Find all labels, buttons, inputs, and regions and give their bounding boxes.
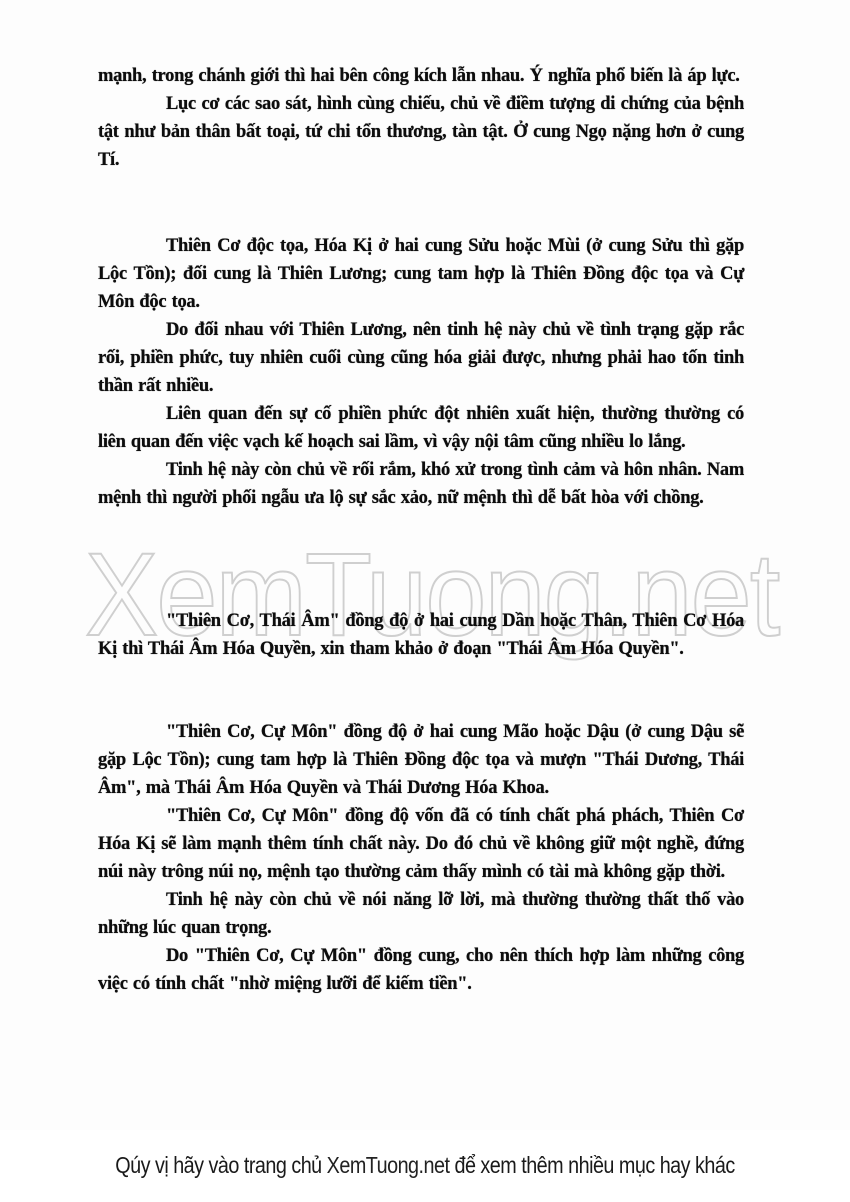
- paragraph: "Thiên Cơ, Cự Môn" đồng độ ở hai cung Mã…: [98, 718, 744, 802]
- footer-prefix: Qúy vị hãy vào trang chủ: [115, 1152, 326, 1178]
- paragraph: Tinh hệ này còn chủ về nói năng lỡ lời, …: [98, 886, 744, 942]
- paragraph: Do "Thiên Cơ, Cự Môn" đồng cung, cho nên…: [98, 942, 744, 998]
- paragraph: Do đối nhau với Thiên Lương, nên tinh hệ…: [98, 316, 744, 400]
- paragraph: Tinh hệ này còn chủ về rối rắm, khó xử t…: [98, 456, 744, 512]
- text-section-3: "Thiên Cơ, Thái Âm" đồng độ ở hai cung D…: [98, 607, 744, 663]
- paragraph: mạnh, trong chánh giới thì hai bên công …: [98, 62, 744, 90]
- paragraph: Thiên Cơ độc tọa, Hóa Kị ở hai cung Sửu …: [98, 232, 744, 316]
- text-section-1: mạnh, trong chánh giới thì hai bên công …: [98, 62, 744, 174]
- scanned-page: XemTuong.net mạnh, trong chánh giới thì …: [0, 0, 850, 1130]
- footer-site-link[interactable]: XemTuong.net: [327, 1152, 450, 1178]
- paragraph: Lục cơ các sao sát, hình cùng chiếu, chủ…: [98, 90, 744, 174]
- footer-banner: Qúy vị hãy vào trang chủ XemTuong.net để…: [60, 1152, 791, 1179]
- paragraph: "Thiên Cơ, Thái Âm" đồng độ ở hai cung D…: [98, 607, 744, 663]
- paragraph: Liên quan đến sự cố phiền phức đột nhiên…: [98, 400, 744, 456]
- footer-suffix: để xem thêm nhiều mục hay khác: [449, 1152, 734, 1178]
- text-section-4: "Thiên Cơ, Cự Môn" đồng độ ở hai cung Mã…: [98, 718, 744, 998]
- text-section-2: Thiên Cơ độc tọa, Hóa Kị ở hai cung Sửu …: [98, 232, 744, 512]
- paragraph: "Thiên Cơ, Cự Môn" đồng độ vốn đã có tín…: [98, 802, 744, 886]
